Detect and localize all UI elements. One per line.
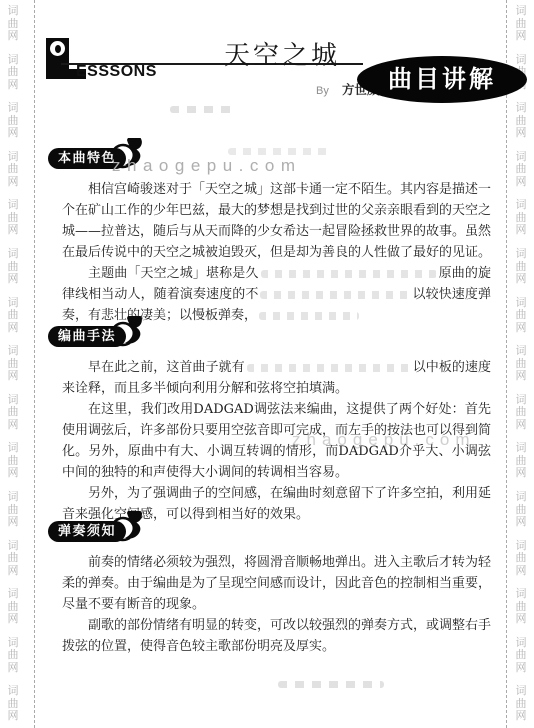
watermark-side-char: 曲: [4, 649, 22, 662]
section-label-row: 弹奏须知: [48, 514, 491, 545]
watermark-side-char: 网: [4, 613, 22, 626]
watermark-side-char: 网: [512, 613, 530, 626]
watermark-side-char: 网: [512, 370, 530, 383]
watermark-side-char: 网: [4, 710, 22, 723]
watermark-side-char: 词: [4, 5, 22, 18]
section-label-pill: 弹奏须知: [48, 521, 126, 542]
watermark-side-char: 词: [512, 248, 530, 261]
section-paragraphs: 相信宫崎骏迷对于「天空之城」这部卡通一定不陌生。其内容是描述一个在矿山工作的少年…: [62, 179, 491, 326]
page-title: 天空之城: [224, 35, 340, 72]
watermark-side-char: 网: [512, 662, 530, 675]
watermark-side-char: 曲: [4, 163, 22, 176]
section-2: 弹奏须知前奏的情绪必须较为强烈，将圆滑音顺畅地弹出。进入主歌后才转为轻柔的弹奏。…: [62, 514, 491, 657]
paragraph-text: 相信宫崎骏迷对于「天空之城」这部卡通一定不陌生。其内容是描述一个在矿山工作的少年…: [62, 182, 491, 260]
paragraph: 副歌的部份情绪有明显的转变，可改以较强烈的弹奏方式，或调整右手拨弦的位置，使得音…: [62, 615, 491, 657]
watermark-side-char: 词: [512, 5, 530, 18]
watermark-side-group: 词曲网: [4, 588, 22, 626]
watermark-side-group: 词曲网: [512, 102, 530, 140]
watermark-side-group: 词曲网: [512, 199, 530, 237]
watermark-side-group: 词曲网: [512, 442, 530, 480]
watermark-side-group: 词曲网: [4, 637, 22, 675]
watermark-side-group: 词曲网: [4, 151, 22, 189]
faded-text-smudge: [247, 364, 411, 372]
section-paragraphs: 前奏的情绪必须较为强烈，将圆滑音顺畅地弹出。进入主歌后才转为轻柔的弹奏。由于编曲…: [62, 552, 491, 657]
watermark-side-group: 词曲网: [4, 442, 22, 480]
watermark-side-group: 词曲网: [512, 637, 530, 675]
watermark-side-group: 词曲网: [512, 394, 530, 432]
paragraph-text: 前奏的情绪必须较为强烈，将圆滑音顺畅地弹出。进入主歌后才转为轻柔的弹奏。由于编曲…: [62, 555, 491, 612]
byline-by-label: By: [316, 85, 329, 97]
section-label-pill: 编曲手法: [48, 326, 126, 347]
logo-circle-icon: [50, 41, 65, 56]
watermark-side-group: 词曲网: [4, 248, 22, 286]
watermark-side-char: 网: [4, 662, 22, 675]
watermark-side-char: 曲: [512, 406, 530, 419]
dashed-border-left: [34, 0, 35, 728]
watermark-side-group: 词曲网: [512, 540, 530, 578]
watermark-side-char: 词: [4, 345, 22, 358]
watermark-side-char: 网: [4, 224, 22, 237]
watermark-side-char: 词: [512, 491, 530, 504]
watermark-side-group: 词曲网: [512, 588, 530, 626]
watermark-side-group: 词曲网: [4, 5, 22, 43]
watermark-side-group: 词曲网: [512, 345, 530, 383]
watermark-side-char: 网: [512, 224, 530, 237]
watermark-side-group: 词曲网: [4, 491, 22, 529]
watermark-side-char: 词: [4, 248, 22, 261]
watermark-side-char: 网: [512, 273, 530, 286]
watermark-side-group: 词曲网: [4, 102, 22, 140]
watermark-side-char: 曲: [4, 66, 22, 79]
watermark-side-group: 词曲网: [4, 297, 22, 335]
watermark-side-char: 网: [4, 565, 22, 578]
watermark-side-group: 词曲网: [4, 54, 22, 92]
watermark-center-top: zhaogepu.com: [112, 156, 302, 176]
section-label-row: 编曲手法: [48, 319, 491, 350]
watermark-side-char: 网: [4, 30, 22, 43]
watermark-center-middle: zhaogepu.com: [292, 430, 476, 450]
paragraph-text: 早在此之前，这首曲子就有: [88, 360, 245, 375]
watermark-side-char: 词: [4, 491, 22, 504]
watermark-side-char: 词: [512, 588, 530, 601]
topic-badge: 曲目讲解: [357, 56, 527, 103]
watermark-side-char: 网: [4, 370, 22, 383]
watermark-side-char: 词: [512, 102, 530, 115]
paragraph-text: 主题曲「天空之城」堪称是久: [88, 266, 259, 281]
watermark-side-char: 网: [4, 176, 22, 189]
dashed-border-right: [506, 0, 507, 728]
watermark-side-char: 词: [4, 588, 22, 601]
watermark-side-char: 网: [512, 419, 530, 432]
scan-smudge: [278, 681, 384, 688]
watermark-side-char: 网: [4, 467, 22, 480]
faded-text-smudge: [261, 270, 437, 278]
watermark-side-char: 曲: [512, 309, 530, 322]
watermark-side-char: 曲: [512, 552, 530, 565]
watermark-side-group: 词曲网: [4, 685, 22, 723]
watermark-side-char: 曲: [4, 552, 22, 565]
watermark-side-char: 网: [512, 30, 530, 43]
paragraph: 早在此之前，这首曲子就有以中板的速度来诠释，而且多半倾向利用分解和弦将空拍填满。: [62, 357, 491, 399]
watermark-side-group: 词曲网: [512, 297, 530, 335]
watermark-side-char: 网: [512, 322, 530, 335]
watermark-side-char: 词: [512, 345, 530, 358]
watermark-side-group: 词曲网: [512, 248, 530, 286]
watermark-side-group: 词曲网: [4, 394, 22, 432]
watermark-side-char: 曲: [4, 406, 22, 419]
logo-dot-icon: [55, 45, 61, 53]
watermark-side-group: 词曲网: [4, 199, 22, 237]
logo-text: ESSSONS: [76, 63, 157, 81]
watermark-side-char: 网: [512, 710, 530, 723]
scanned-page: 词曲网词曲网词曲网词曲网词曲网词曲网词曲网词曲网词曲网词曲网词曲网词曲网词曲网词…: [0, 0, 534, 728]
watermark-side-char: 网: [512, 467, 530, 480]
watermark-side-char: 网: [4, 516, 22, 529]
watermark-side-char: 词: [4, 102, 22, 115]
watermark-side-group: 词曲网: [4, 540, 22, 578]
paragraph: 前奏的情绪必须较为强烈，将圆滑音顺畅地弹出。进入主歌后才转为轻柔的弹奏。由于编曲…: [62, 552, 491, 615]
watermark-side-char: 网: [4, 79, 22, 92]
watermark-side-char: 网: [512, 176, 530, 189]
watermark-side-char: 曲: [512, 649, 530, 662]
watermark-side-char: 网: [4, 273, 22, 286]
watermark-side-group: 词曲网: [512, 151, 530, 189]
paragraph: 相信宫崎骏迷对于「天空之城」这部卡通一定不陌生。其内容是描述一个在矿山工作的少年…: [62, 179, 491, 263]
paragraph-text: 副歌的部份情绪有明显的转变，可改以较强烈的弹奏方式，或调整右手拨弦的位置，使得音…: [62, 618, 491, 654]
section-1: 编曲手法早在此之前，这首曲子就有以中板的速度来诠释，而且多半倾向利用分解和弦将空…: [62, 319, 491, 525]
watermark-side-char: 网: [512, 565, 530, 578]
watermark-side-char: 网: [4, 322, 22, 335]
watermark-side-char: 曲: [4, 309, 22, 322]
watermark-side-char: 曲: [512, 163, 530, 176]
watermark-side-char: 网: [512, 516, 530, 529]
watermark-side-char: 网: [4, 127, 22, 140]
watermark-side-group: 词曲网: [512, 685, 530, 723]
watermark-side-char: 网: [4, 419, 22, 432]
watermark-side-group: 词曲网: [4, 345, 22, 383]
watermark-side-group: 词曲网: [512, 5, 530, 43]
watermark-side-group: 词曲网: [512, 491, 530, 529]
scan-smudge: [170, 106, 234, 113]
watermark-side-char: 网: [512, 127, 530, 140]
faded-text-smudge: [260, 291, 410, 299]
